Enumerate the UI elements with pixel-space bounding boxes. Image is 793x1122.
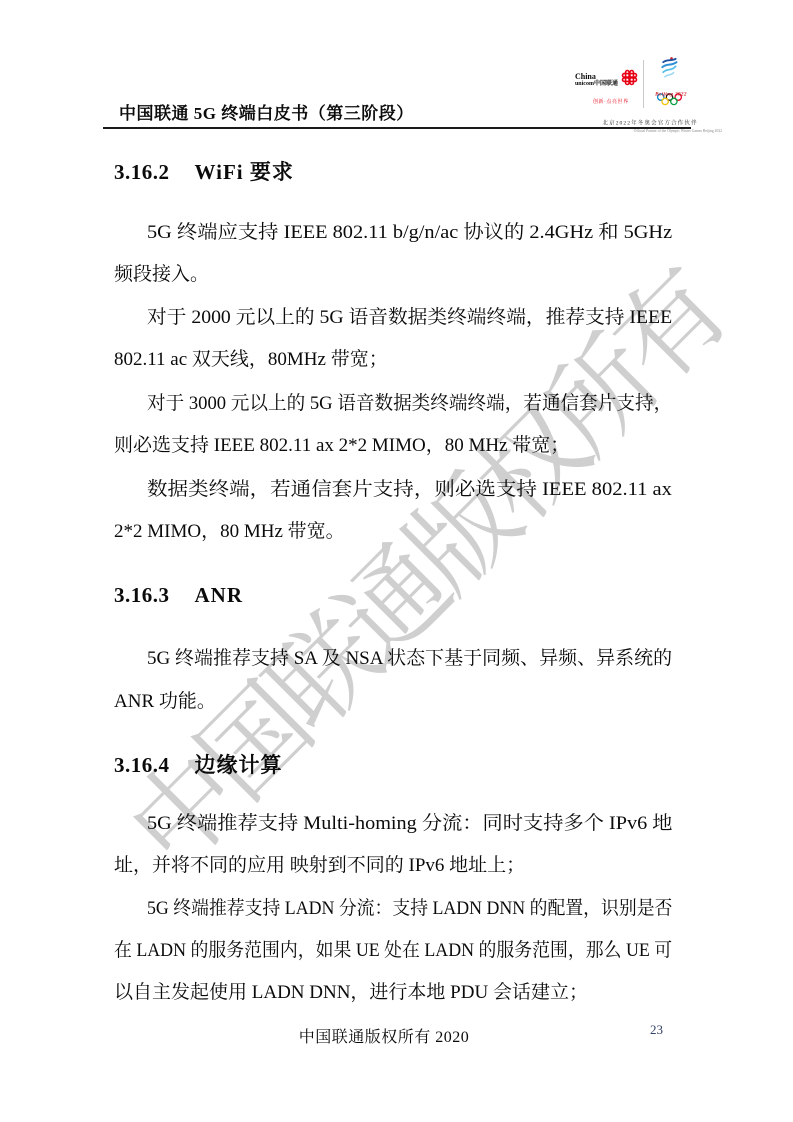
section-number: 3.16.2 (114, 160, 170, 184)
document-body: 3.16.2WiFi 要求 5G 终端应支持 IEEE 802.11 b/g/n… (114, 0, 672, 1122)
beijing-2022-emblem-icon (659, 67, 679, 84)
section-heading-wifi: 3.16.2WiFi 要求 (114, 156, 294, 186)
beijing-2022-logo: Beijing 2022 (647, 56, 691, 111)
china-unicom-logo-main: China unicom中国联通 (582, 67, 640, 93)
section-title: 边缘计算 (195, 753, 283, 777)
section-number: 3.16.3 (114, 583, 170, 607)
text-line: ANR 功能。 (114, 689, 672, 715)
text-line: 以自主发起使用 LADN DNN，进行本地 PDU 会话建立； (114, 980, 672, 1006)
text-line: 频段接入。 (114, 262, 672, 288)
partner-text-en: Official Partner of the Olympic Winter G… (634, 129, 722, 133)
text-line: 802.11 ac 双天线，80MHz 带宽； (114, 347, 672, 373)
text-line: 5G 终端推荐支持 Multi-homing 分流：同时支持多个 IPv6 地 (114, 811, 672, 837)
section-heading-anr: 3.16.3ANR (114, 583, 243, 608)
header-logo-block: China unicom中国联通 创新·点亮世界 (582, 56, 692, 130)
document-page: 中国联通版权所有 中国联通 5G 终端白皮书（第三阶段） China unico… (0, 0, 793, 1122)
footer-copyright: 中国联通版权所有 2020 (114, 1024, 654, 1047)
text-line: 5G 终端推荐支持 SA 及 NSA 状态下基于同频、异频、异系统的 (114, 646, 672, 672)
beijing-2022-label: Beijing 2022 (655, 91, 687, 97)
china-unicom-wordmark-en-top: China (575, 73, 618, 81)
china-unicom-tagline: 创新·点亮世界 (593, 98, 629, 105)
text-line: 址，并将不同的应用 映射到不同的 IPv6 地址上； (114, 853, 672, 879)
china-unicom-tagline-wrap: 创新·点亮世界 (582, 93, 640, 101)
china-unicom-wordmark-en-bottom: unicom中国联通 (575, 81, 618, 87)
text-line: 2*2 MIMO，80 MHz 带宽。 (114, 519, 672, 545)
china-unicom-logo: China unicom中国联通 创新·点亮世界 (582, 67, 640, 101)
china-unicom-wordmark: China unicom中国联通 (575, 73, 618, 87)
logo-divider (643, 60, 644, 108)
text-line: 对于 2000 元以上的 5G 语音数据类终端终端，推荐支持 IEEE (114, 305, 672, 331)
section-title: ANR (195, 583, 244, 607)
partner-text-cn-wrap: 北京2022年冬奥会官方合作伙伴 (582, 114, 692, 123)
text-line: 则必选支持 IEEE 802.11 ax 2*2 MIMO，80 MHz 带宽； (114, 433, 672, 459)
text-line: 在 LADN 的服务范围内，如果 UE 处在 LADN 的服务范围，那么 UE … (114, 938, 672, 964)
page-number: 23 (650, 1022, 663, 1038)
text-line: 对于 3000 元以上的 5G 语音数据类终端终端，若通信套片支持， (114, 391, 672, 417)
text-line: 5G 终端应支持 IEEE 802.11 b/g/n/ac 协议的 2.4GHz… (114, 220, 672, 246)
text-line: 5G 终端推荐支持 LADN 分流：支持 LADN DNN 的配置，识别是否 (114, 896, 672, 922)
beijing-2022-label-wrap: Beijing 2022 (647, 85, 691, 93)
header-document-title: 中国联通 5G 终端白皮书（第三阶段） (119, 99, 414, 124)
text-line: 数据类终端，若通信套片支持，则必选支持 IEEE 802.11 ax (114, 477, 672, 503)
partner-text-cn: 北京2022年冬奥会官方合作伙伴 (602, 119, 697, 127)
section-number: 3.16.4 (114, 753, 170, 777)
section-heading-edge-computing: 3.16.4边缘计算 (114, 749, 283, 779)
logo-row: China unicom中国联通 创新·点亮世界 (582, 56, 692, 111)
section-title: WiFi 要求 (195, 160, 294, 184)
china-unicom-wordmark-cn: 中国联通 (594, 81, 618, 87)
china-unicom-knot-icon (619, 67, 640, 93)
